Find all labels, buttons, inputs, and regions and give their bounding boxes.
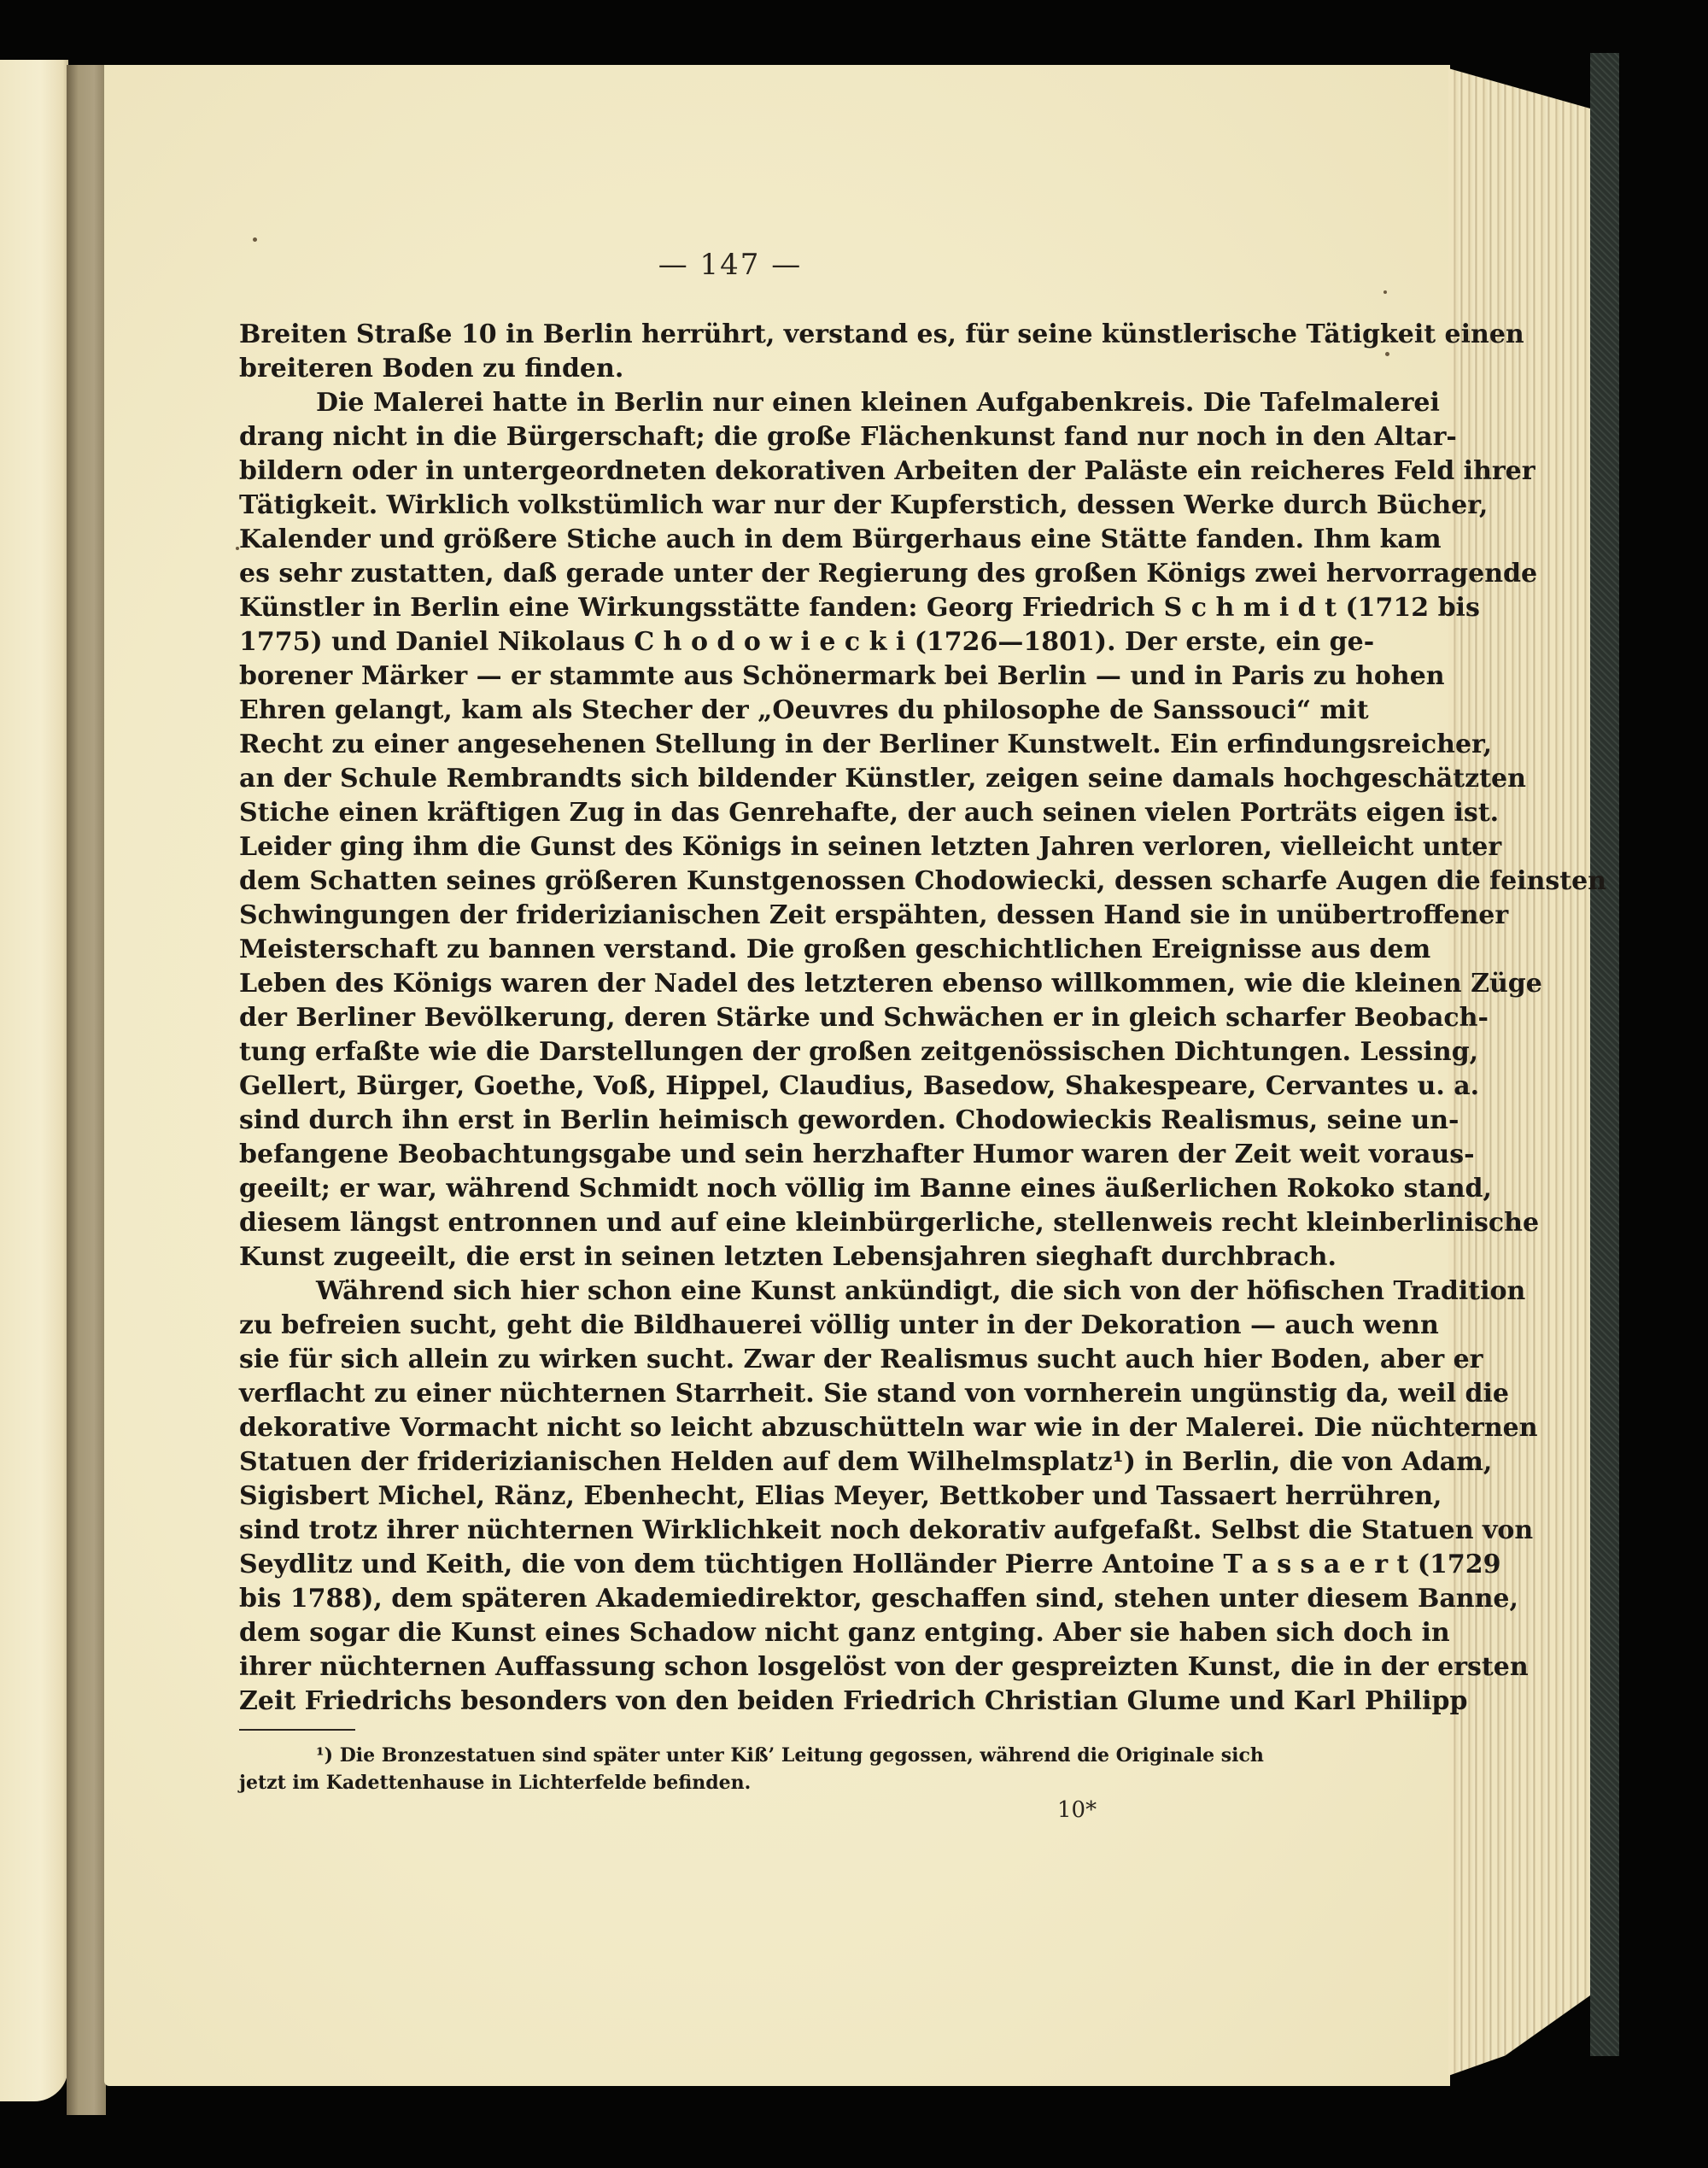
text-line: Sigisbert Michel, Ränz, Ebenhecht, Elias… <box>239 1480 1206 1514</box>
text-line: sie für sich allein zu wirken sucht. Zwa… <box>239 1343 1206 1377</box>
text-line: Leider ging ihm die Gunst des Königs in … <box>239 830 1206 864</box>
text-line: drang nicht in die Bürgerschaft; die gro… <box>239 420 1206 454</box>
footnote-line: jetzt im Kadettenhause in Lichterfelde b… <box>239 1770 1206 1796</box>
text-line: ihrer nüchternen Auffassung schon losgel… <box>239 1650 1206 1685</box>
left-facing-page-edge <box>0 60 68 2101</box>
text-line: befangene Beobachtungsgabe und sein herz… <box>239 1138 1206 1172</box>
text-line: bis 1788), dem späteren Akademiedirektor… <box>239 1582 1206 1616</box>
text-line: dem sogar die Kunst eines Schadow nicht … <box>239 1616 1206 1650</box>
text-line: borener Märker — er stammte aus Schönerm… <box>239 659 1206 694</box>
paper-speck <box>253 237 257 242</box>
text-line: Kalender und größere Stiche auch in dem … <box>239 523 1206 557</box>
text-line: breiteren Boden zu finden. <box>239 352 1206 386</box>
text-line: an der Schule Rembrandts sich bildender … <box>239 762 1206 796</box>
text-line: Leben des Königs waren der Nadel des let… <box>239 967 1206 1001</box>
text-line: Recht zu einer angesehenen Stellung in d… <box>239 728 1206 762</box>
footnote-line: ¹) Die Bronzestatuen sind später unter K… <box>239 1743 1206 1768</box>
text-line: Kunst zugeeilt, die erst in seinen letzt… <box>239 1240 1206 1274</box>
text-line: Breiten Straße 10 in Berlin herrührt, ve… <box>239 318 1206 352</box>
text-line: Tätigkeit. Wirklich volkstümlich war nur… <box>239 489 1206 523</box>
signature-mark: 10* <box>1057 1797 1097 1823</box>
text-line: verflacht zu einer nüchternen Starrheit.… <box>239 1377 1206 1411</box>
text-line: tung erfaßte wie die Darstellungen der g… <box>239 1035 1206 1069</box>
text-line: Stiche einen kräftigen Zug in das Genreh… <box>239 796 1206 830</box>
footnote-rule <box>239 1729 355 1731</box>
paper-speck <box>1383 290 1387 294</box>
text-line: bildern oder in untergeordneten dekorati… <box>239 454 1206 489</box>
page-number: — 147 — <box>653 248 807 282</box>
text-line: Ehren gelangt, kam als Stecher der „Oeuv… <box>239 694 1206 728</box>
text-line: es sehr zustatten, daß gerade unter der … <box>239 557 1206 591</box>
text-line: Künstler in Berlin eine Wirkungsstätte f… <box>239 591 1206 625</box>
text-line: Statuen der friderizianischen Helden auf… <box>239 1445 1206 1480</box>
text-line: Zeit Friedrichs besonders von den beiden… <box>239 1685 1206 1719</box>
text-line: diesem längst entronnen und auf eine kle… <box>239 1206 1206 1240</box>
text-line: 1775) und Daniel Nikolaus C h o d o w i … <box>239 625 1206 659</box>
book-cover-cloth <box>1590 53 1619 2056</box>
text-line: dekorative Vormacht nicht so leicht abzu… <box>239 1411 1206 1445</box>
paper-speck <box>1385 352 1389 356</box>
text-line: sind durch ihn erst in Berlin heimisch g… <box>239 1104 1206 1138</box>
text-line: zu befreien sucht, geht die Bildhauerei … <box>239 1309 1206 1343</box>
text-line: sind trotz ihrer nüchternen Wirklichkeit… <box>239 1514 1206 1548</box>
text-line: Seydlitz und Keith, die von dem tüchtige… <box>239 1548 1206 1582</box>
text-line: Gellert, Bürger, Goethe, Voß, Hippel, Cl… <box>239 1069 1206 1104</box>
book-gutter <box>67 65 106 2115</box>
text-line: geeilt; er war, während Schmidt noch völ… <box>239 1172 1206 1206</box>
text-line: der Berliner Bevölkerung, deren Stärke u… <box>239 1001 1206 1035</box>
text-line: dem Schatten seines größeren Kunstgenoss… <box>239 864 1206 899</box>
paragraph-start-line: Während sich hier schon eine Kunst ankün… <box>239 1274 1206 1309</box>
paragraph-start-line: Die Malerei hatte in Berlin nur einen kl… <box>239 386 1206 420</box>
text-line: Schwingungen der friderizianischen Zeit … <box>239 899 1206 933</box>
text-line: Meisterschaft zu bannen verstand. Die gr… <box>239 933 1206 967</box>
